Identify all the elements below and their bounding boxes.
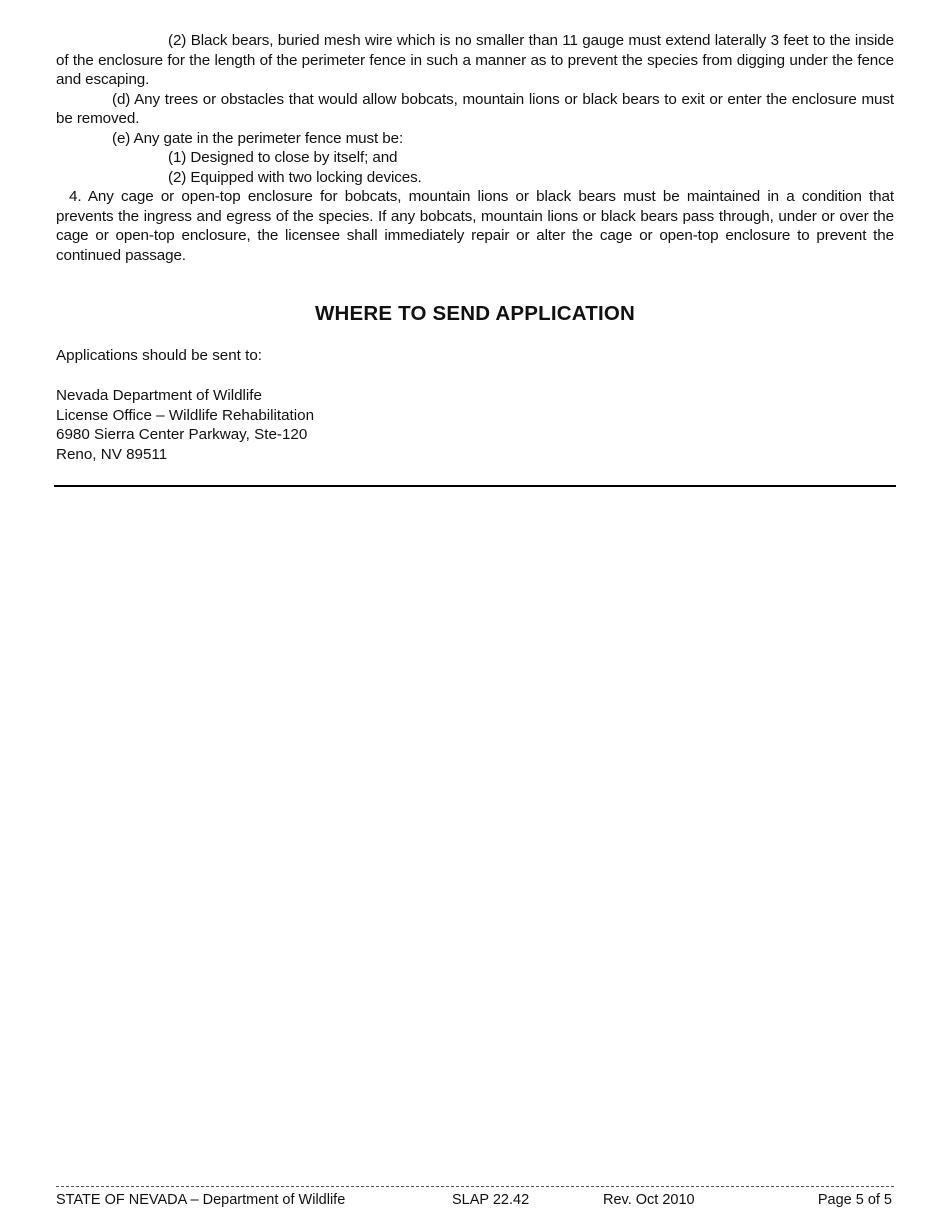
address-line-city: Reno, NV 89511 [56, 445, 314, 465]
mailing-address: Nevada Department of Wildlife License Of… [56, 386, 314, 464]
document-body: (2) Black bears, buried mesh wire which … [56, 31, 894, 265]
item-4: 4. Any cage or open-top enclosure for bo… [56, 187, 894, 265]
item-e-1: (1) Designed to close by itself; and [56, 148, 894, 168]
item-d: (d) Any trees or obstacles that would al… [56, 90, 894, 129]
footer-divider [56, 1186, 894, 1187]
address-line-organization: Nevada Department of Wildlife [56, 386, 314, 406]
footer-agency: STATE OF NEVADA – Department of Wildlife [56, 1192, 345, 1208]
section-divider [54, 485, 896, 487]
footer-page-number: Page 5 of 5 [818, 1192, 892, 1208]
page-footer: STATE OF NEVADA – Department of Wildlife… [56, 1192, 892, 1212]
item-e: (e) Any gate in the perimeter fence must… [56, 129, 894, 149]
item-2-black-bears: (2) Black bears, buried mesh wire which … [56, 31, 894, 90]
item-e-2: (2) Equipped with two locking devices. [56, 168, 894, 188]
address-line-office: License Office – Wildlife Rehabilitation [56, 406, 314, 426]
footer-form-id: SLAP 22.42 [452, 1192, 529, 1208]
address-line-street: 6980 Sierra Center Parkway, Ste-120 [56, 425, 314, 445]
send-intro: Applications should be sent to: [56, 347, 262, 364]
section-heading: WHERE TO SEND APPLICATION [56, 302, 894, 326]
footer-revision: Rev. Oct 2010 [603, 1192, 695, 1208]
